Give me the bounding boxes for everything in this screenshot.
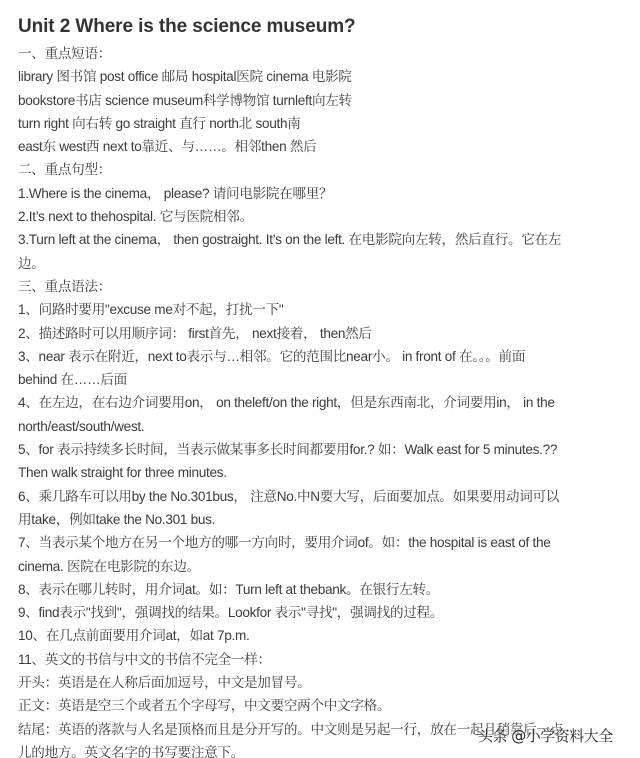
- grammar-line: 11、英文的书信与中文的书信不完全一样：: [18, 648, 632, 671]
- grammar-line: 7、当表示某个地方在另一个地方的哪一方向时，要用介词of。如：the hospi…: [18, 531, 632, 554]
- grammar-line: 4、在左边，在右边介词要用on， on theleft/on the right…: [18, 391, 632, 414]
- grammar-line: 2、描述路时可以用顺序词： first首先， next接着， then然后: [18, 322, 632, 345]
- grammar-line: Then walk straight for three minutes.: [18, 461, 632, 484]
- grammar-line: 10、在几点前面要用介词at，如at 7p.m.: [18, 624, 632, 647]
- document: Unit 2 Where is the science museum? 一、重点…: [18, 14, 632, 758]
- sentence-line: 1.Where is the cinema， please? 请问电影院在哪里？: [18, 182, 632, 205]
- watermark: 头条 @小学资料大全: [478, 725, 613, 746]
- grammar-line: cinema. 医院在电影院的东边。: [18, 555, 632, 578]
- phrase-line: bookstore书店 science museum科学博物馆 turnleft…: [18, 89, 632, 112]
- phrase-line: east东 west西 next to靠近、与……。相邻then 然后: [18, 135, 632, 158]
- section-heading-sentences: 二、重点句型：: [18, 158, 632, 181]
- sentence-line: 2.It’s next to thehospital. 它与医院相邻。: [18, 205, 632, 228]
- phrase-line: turn right 向右转 go straight 直行 north北 sou…: [18, 112, 632, 135]
- grammar-line: 5、for 表示持续多长时间，当表示做某事多长时间都要用for.? 如：Walk…: [18, 438, 632, 461]
- grammar-line: 6、乘几路车可以用by the No.301bus， 注意No.中N要大写，后面…: [18, 485, 632, 508]
- grammar-line: 正文：英语是空三个或者五个字母写，中文要空两个中文字格。: [18, 694, 632, 717]
- grammar-line: behind 在……后面: [18, 368, 632, 391]
- grammar-line: 9、find表示"找到"，强调找的结果。Lookfor 表示"寻找"，强调找的过…: [18, 601, 632, 624]
- phrase-line: library 图书馆 post office 邮局 hospital医院 ci…: [18, 65, 632, 88]
- grammar-line: north/east/south/west.: [18, 415, 632, 438]
- grammar-line: 用take，例如take the No.301 bus.: [18, 508, 632, 531]
- grammar-line: 3、near 表示在附近，next to表示与…相邻。它的范围比near小。 i…: [18, 345, 632, 368]
- grammar-line: 1、问路时要用"excuse me对不起，打扰一下": [18, 298, 632, 321]
- document-title: Unit 2 Where is the science museum?: [18, 14, 632, 40]
- section-heading-grammar: 三、重点语法：: [18, 275, 632, 298]
- grammar-line: 8、表示在哪儿转时，用介词at。如：Turn left at thebank。在…: [18, 578, 632, 601]
- grammar-line: 开头：英语是在人称后面加逗号，中文是加冒号。: [18, 671, 632, 694]
- section-heading-phrases: 一、重点短语：: [18, 42, 632, 65]
- sentence-line: 3.Turn left at the cinema， then gostraig…: [18, 228, 632, 251]
- sentence-line: 边。: [18, 252, 632, 275]
